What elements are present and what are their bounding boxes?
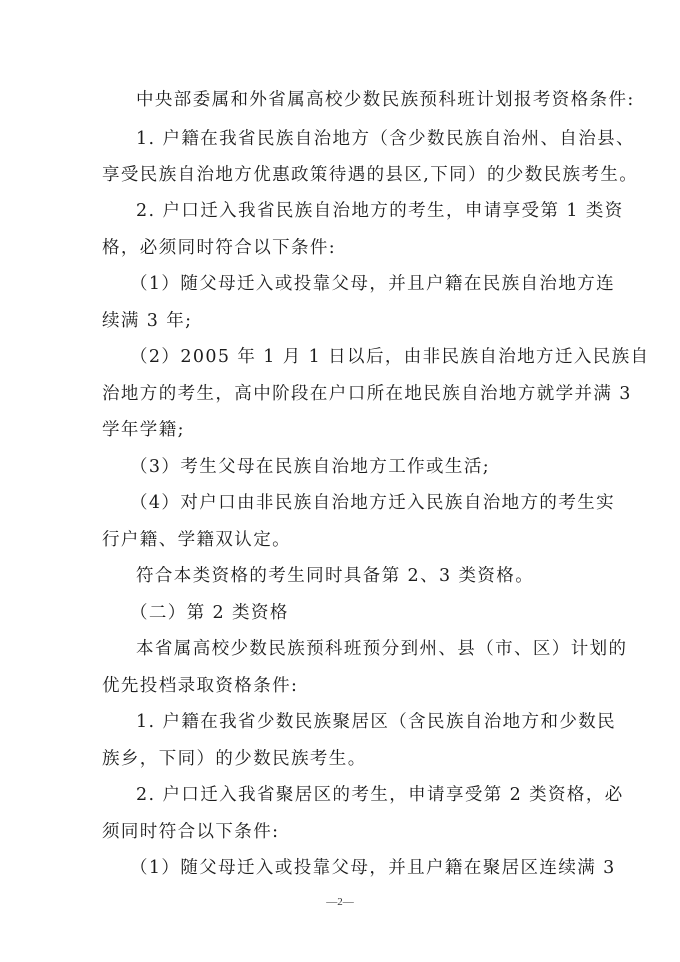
paragraph-line: 1. 户籍在我省民族自治地方（含少数民族自治州、自治县、 xyxy=(136,127,582,151)
paragraph-line: 2. 户口迁入我省民族自治地方的考生，申请享受第 1 类资 xyxy=(136,199,582,223)
paragraph-line: 符合本类资格的考生同时具备第 2、3 类资格。 xyxy=(136,564,582,588)
paragraph-intro: 中央部委属和外省属高校少数民族预科班计划报考资格条件: xyxy=(136,88,582,112)
paragraph-line: 格，必须同时符合以下条件: xyxy=(102,236,582,260)
paragraph-line: （1）随父母迁入或投靠父母，并且户籍在民族自治地方连 xyxy=(130,272,610,296)
paragraph-line: 族乡，下同）的少数民族考生。 xyxy=(102,747,582,771)
paragraph-line: 1. 户籍在我省少数民族聚居区（含民族自治地方和少数民 xyxy=(136,710,582,734)
document-page: 中央部委属和外省属高校少数民族预科班计划报考资格条件: 1. 户籍在我省民族自治… xyxy=(0,0,680,962)
page-number: —2— xyxy=(0,896,680,908)
paragraph-line: （3）考生父母在民族自治地方工作或生活; xyxy=(130,455,610,479)
paragraph-line: 治地方的考生，高中阶段在户口所在地民族自治地方就学并满 3 xyxy=(102,382,582,406)
paragraph-line: （4）对户口由非民族自治地方迁入民族自治地方的考生实 xyxy=(130,491,610,515)
paragraph-line: 本省属高校少数民族预科班预分到州、县（市、区）计划的 xyxy=(136,637,582,661)
paragraph-line: 须同时符合以下条件: xyxy=(102,820,582,844)
section-heading: （二）第 2 类资格 xyxy=(130,601,610,625)
paragraph-line: 续满 3 年; xyxy=(102,309,582,333)
paragraph-line: （1）随父母迁入或投靠父母，并且户籍在聚居区连续满 3 xyxy=(130,856,610,880)
paragraph-line: 优先投档录取资格条件: xyxy=(102,674,582,698)
paragraph-line: 享受民族自治地方优惠政策待遇的县区,下同）的少数民族考生。 xyxy=(102,163,582,187)
paragraph-line: 2. 户口迁入我省聚居区的考生，申请享受第 2 类资格，必 xyxy=(136,783,582,807)
paragraph-line: 行户籍、学籍双认定。 xyxy=(102,528,582,552)
paragraph-line: （2）2005 年 1 月 1 日以后，由非民族自治地方迁入民族自 xyxy=(130,345,610,369)
paragraph-line: 学年学籍; xyxy=(102,418,582,442)
